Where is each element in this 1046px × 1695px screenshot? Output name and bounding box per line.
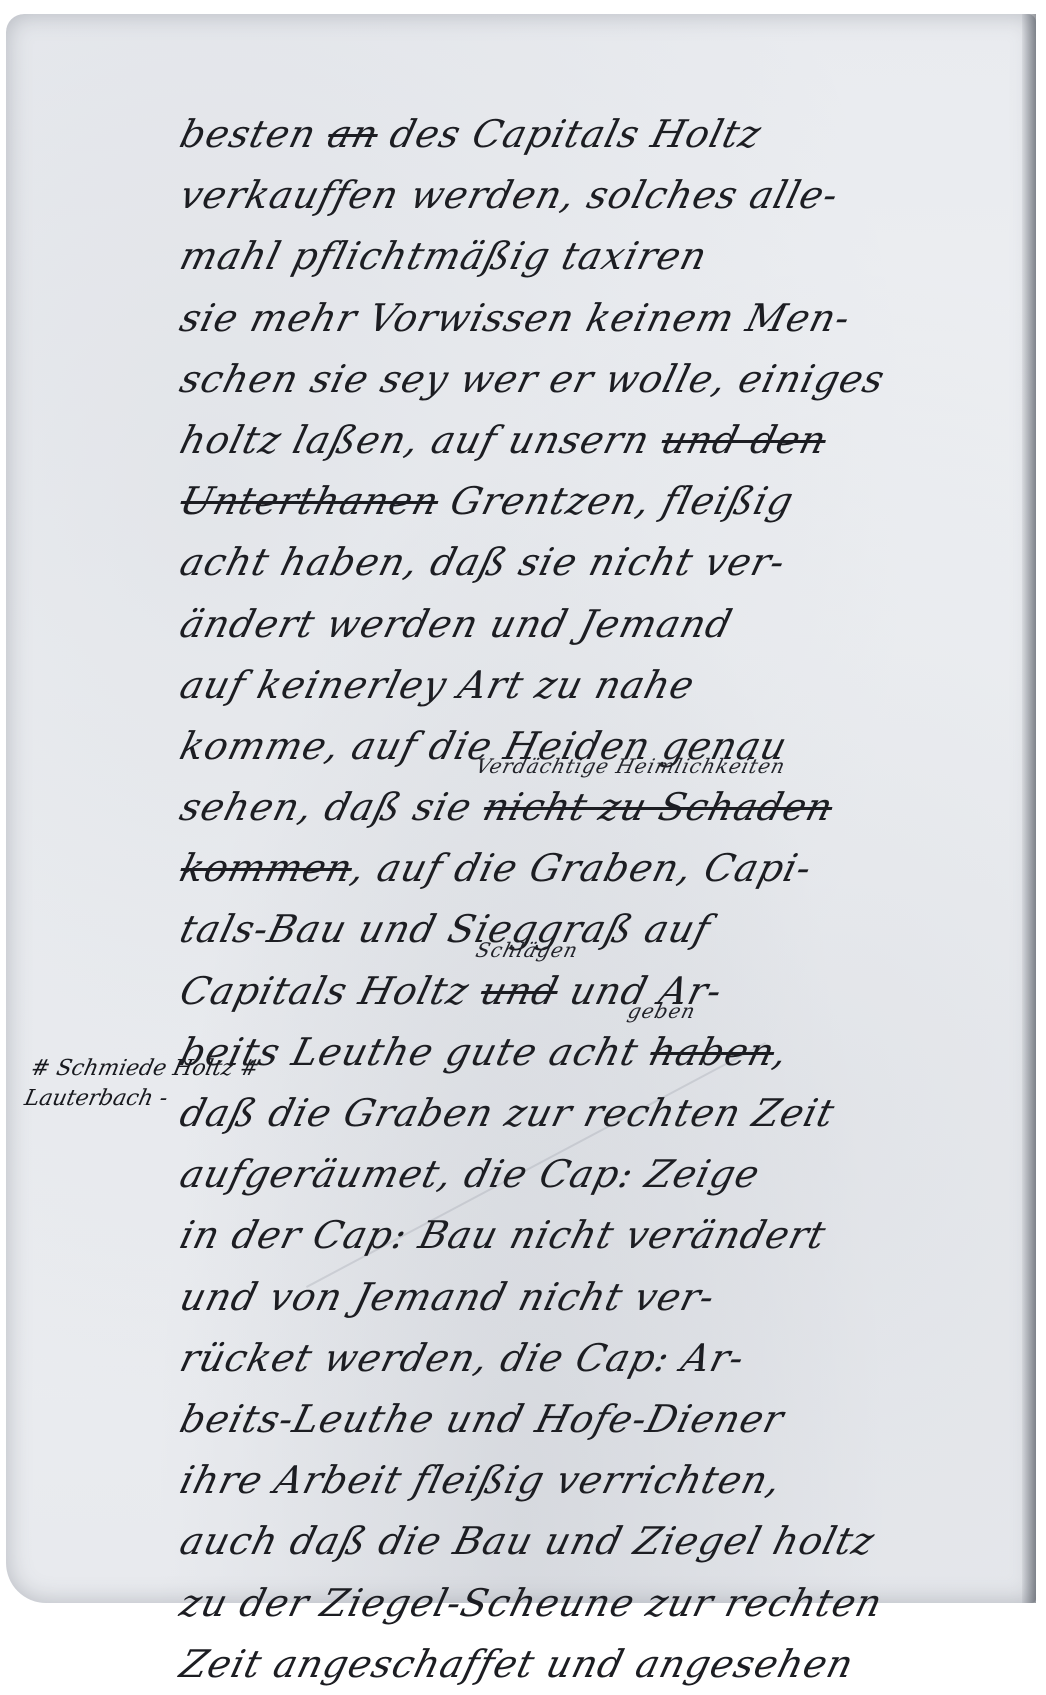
struck-through-text: nicht zu Schaden (479, 785, 838, 829)
line-text: verkauffen werden, solches alle- (176, 173, 844, 217)
manuscript-line: besten an des Capitals Holtz (173, 104, 1028, 165)
manuscript-line: in der Cap: Bau nicht verändert (173, 1205, 1028, 1266)
manuscript-line: ihre Arbeit fleißig verrichten, (173, 1450, 1028, 1511)
line-text: beits Leuthe gute acht (176, 1030, 657, 1074)
struck-through-text: und (476, 969, 563, 1013)
manuscript-line: sie mehr Vorwissen keinem Men- (173, 288, 1028, 349)
manuscript-line: auf keinerley Art zu nahe (173, 655, 1028, 716)
manuscript-line: holtz laßen, auf unsern und den (173, 410, 1028, 471)
line-text: sehen, daß sie (176, 785, 490, 829)
line-text: auch daß die Bau und Ziegel holtz (176, 1519, 880, 1563)
struck-through-text: Unterthanen (176, 479, 444, 523)
struck-through-text: haben (645, 1030, 779, 1074)
line-text: und von Jemand nicht ver- (176, 1275, 720, 1319)
manuscript-line: schen sie sey wer er wolle, einiges (173, 349, 1028, 410)
line-text: Capitals Holtz (176, 969, 487, 1013)
manuscript-line: acht haben, daß sie nicht ver- (173, 532, 1028, 593)
manuscript-line: verkauffen werden, solches alle- (173, 165, 1028, 226)
line-text: zu der Ziegel-Scheune zur rechten (176, 1581, 888, 1604)
line-text: rücket werden, die Cap: Ar- (176, 1336, 750, 1380)
line-text: aufgeräumet, die Cap: Zeige (176, 1152, 765, 1196)
manuscript-line: mahl pflichtmäßig taxiren (173, 226, 1028, 287)
line-text: in der Cap: Bau nicht verändert (176, 1213, 831, 1257)
manuscript-line: beits Leuthe gute acht haben,geben (173, 1022, 1028, 1083)
line-text-continued: Grentzen, fleißig (433, 479, 799, 523)
line-text: beits-Leuthe und Hofe-Diener (176, 1397, 789, 1441)
line-text: schen sie sey wer er wolle, einiges (176, 357, 890, 401)
line-text: auf keinerley Art zu nahe (176, 663, 700, 707)
manuscript-line: Capitals Holtz und und Ar-Schlägen (173, 961, 1028, 1022)
interlinear-insertion: Schlägen (474, 939, 581, 961)
line-text: tals-Bau und Sieggraß auf (176, 907, 716, 951)
manuscript-line: Unterthanen Grentzen, fleißig (173, 471, 1028, 532)
manuscript-line: und von Jemand nicht ver- (173, 1267, 1028, 1328)
line-text: acht haben, daß sie nicht ver- (176, 540, 791, 584)
interlinear-insertion: geben (626, 1000, 699, 1022)
line-text: sie mehr Vorwissen keinem Men- (176, 296, 856, 340)
line-text: ihre Arbeit fleißig verrichten, (176, 1458, 787, 1502)
manuscript-line: kommen, auf die Graben, Capi- (173, 838, 1028, 899)
line-text: holtz laßen, auf unsern (176, 418, 668, 462)
line-text: ändert werden und Jemand (176, 602, 738, 646)
line-text: daß die Graben zur rechten Zeit (176, 1091, 840, 1135)
line-text: besten (176, 112, 335, 156)
manuscript-line: tals-Bau und Sieggraß auf (173, 899, 1028, 960)
line-text-continued: , auf die Graben, Capi- (347, 846, 817, 890)
manuscript-line: daß die Graben zur rechten Zeit (173, 1083, 1028, 1144)
manuscript-line: sehen, daß sie nicht zu SchadenVerdächti… (173, 777, 1028, 838)
handwritten-text-block: besten an des Capitals Holtzverkauffen w… (181, 104, 1021, 1603)
manuscript-line: beits-Leuthe und Hofe-Diener (173, 1389, 1028, 1450)
manuscript-line: zu der Ziegel-Scheune zur rechten (173, 1573, 1028, 1604)
manuscript-line: rücket werden, die Cap: Ar- (173, 1328, 1028, 1389)
struck-through-text: kommen (176, 846, 358, 890)
interlinear-insertion: Verdächtige Heimlichkeiten (474, 755, 788, 777)
manuscript-line: aufgeräumet, die Cap: Zeige (173, 1144, 1028, 1205)
manuscript-page: # Schmiede Holtz # Lauterbach - besten a… (6, 14, 1036, 1603)
struck-through-text: und den (657, 418, 832, 462)
manuscript-line: ändert werden und Jemand (173, 594, 1028, 655)
manuscript-line: auch daß die Bau und Ziegel holtz (173, 1511, 1028, 1572)
line-text: mahl pflichtmäßig taxiren (176, 234, 712, 278)
line-text-continued: des Capitals Holtz (372, 112, 766, 156)
page-edge-shadow (1022, 14, 1036, 1603)
